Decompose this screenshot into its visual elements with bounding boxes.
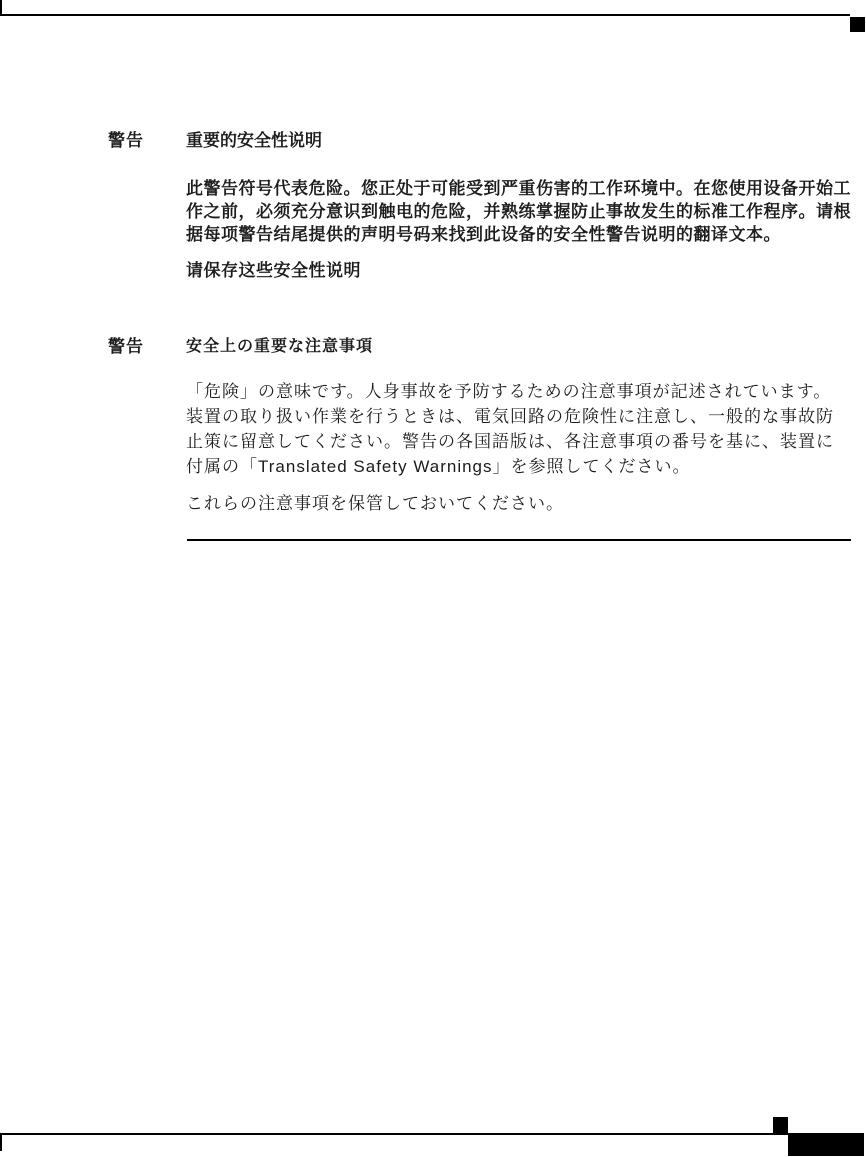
bottom-rule — [0, 1133, 788, 1135]
top-right-corner-block — [850, 17, 865, 32]
warning-body-jp: 「危険」の意味です。人身事故を予防するための注意事項が記述されています。 装置の… — [186, 379, 862, 479]
warning-body-jp-line-1: 「危険」の意味です。人身事故を予防するための注意事項が記述されています。 — [186, 379, 862, 404]
warning-title-jp: 安全上の重要な注意事項 — [186, 335, 373, 358]
top-rule — [0, 14, 850, 16]
warning-body-zh-line-2: 作之前，必须充分意识到触电的危险，并熟练掌握防止事故发生的标准工作程序。请根 — [186, 200, 862, 223]
footer-page-tab-small — [773, 1117, 788, 1133]
warning-label-jp: 警告 — [108, 335, 178, 358]
warning-body-jp-line-4: 付属の「Translated Safety Warnings」を参照してください… — [186, 454, 862, 479]
save-instruction-jp: これらの注意事項を保管しておいてください。 — [186, 491, 564, 516]
save-instruction-zh: 请保存这些安全性说明 — [186, 259, 361, 282]
warning-title-zh: 重要的安全性说明 — [186, 129, 322, 152]
section-divider — [187, 539, 851, 541]
warning-body-jp-line-2: 装置の取り扱い作業を行うときは、電気回路の危険性に注意し、一般的な事故防 — [186, 404, 862, 429]
warning-body-zh-line-3: 据每项警告结尾提供的声明号码来找到此设备的安全性警告说明的翻译文本。 — [186, 223, 862, 246]
warning-body-jp-line-3: 止策に留意してください。警告の各国語版は、各注意事項の番号を基に、装置に — [186, 429, 862, 454]
warning-body-zh: 此警告符号代表危险。您正处于可能受到严重伤害的工作环境中。在您使用设备开始工 作… — [186, 177, 862, 246]
footer-page-tab — [788, 1133, 864, 1156]
document-page: 警告 重要的安全性说明 此警告符号代表危险。您正处于可能受到严重伤害的工作环境中… — [0, 0, 866, 1157]
bottom-left-crop-mark — [0, 1135, 2, 1151]
warning-label-zh: 警告 — [108, 129, 178, 152]
warning-body-zh-line-1: 此警告符号代表危险。您正处于可能受到严重伤害的工作环境中。在您使用设备开始工 — [186, 177, 862, 200]
